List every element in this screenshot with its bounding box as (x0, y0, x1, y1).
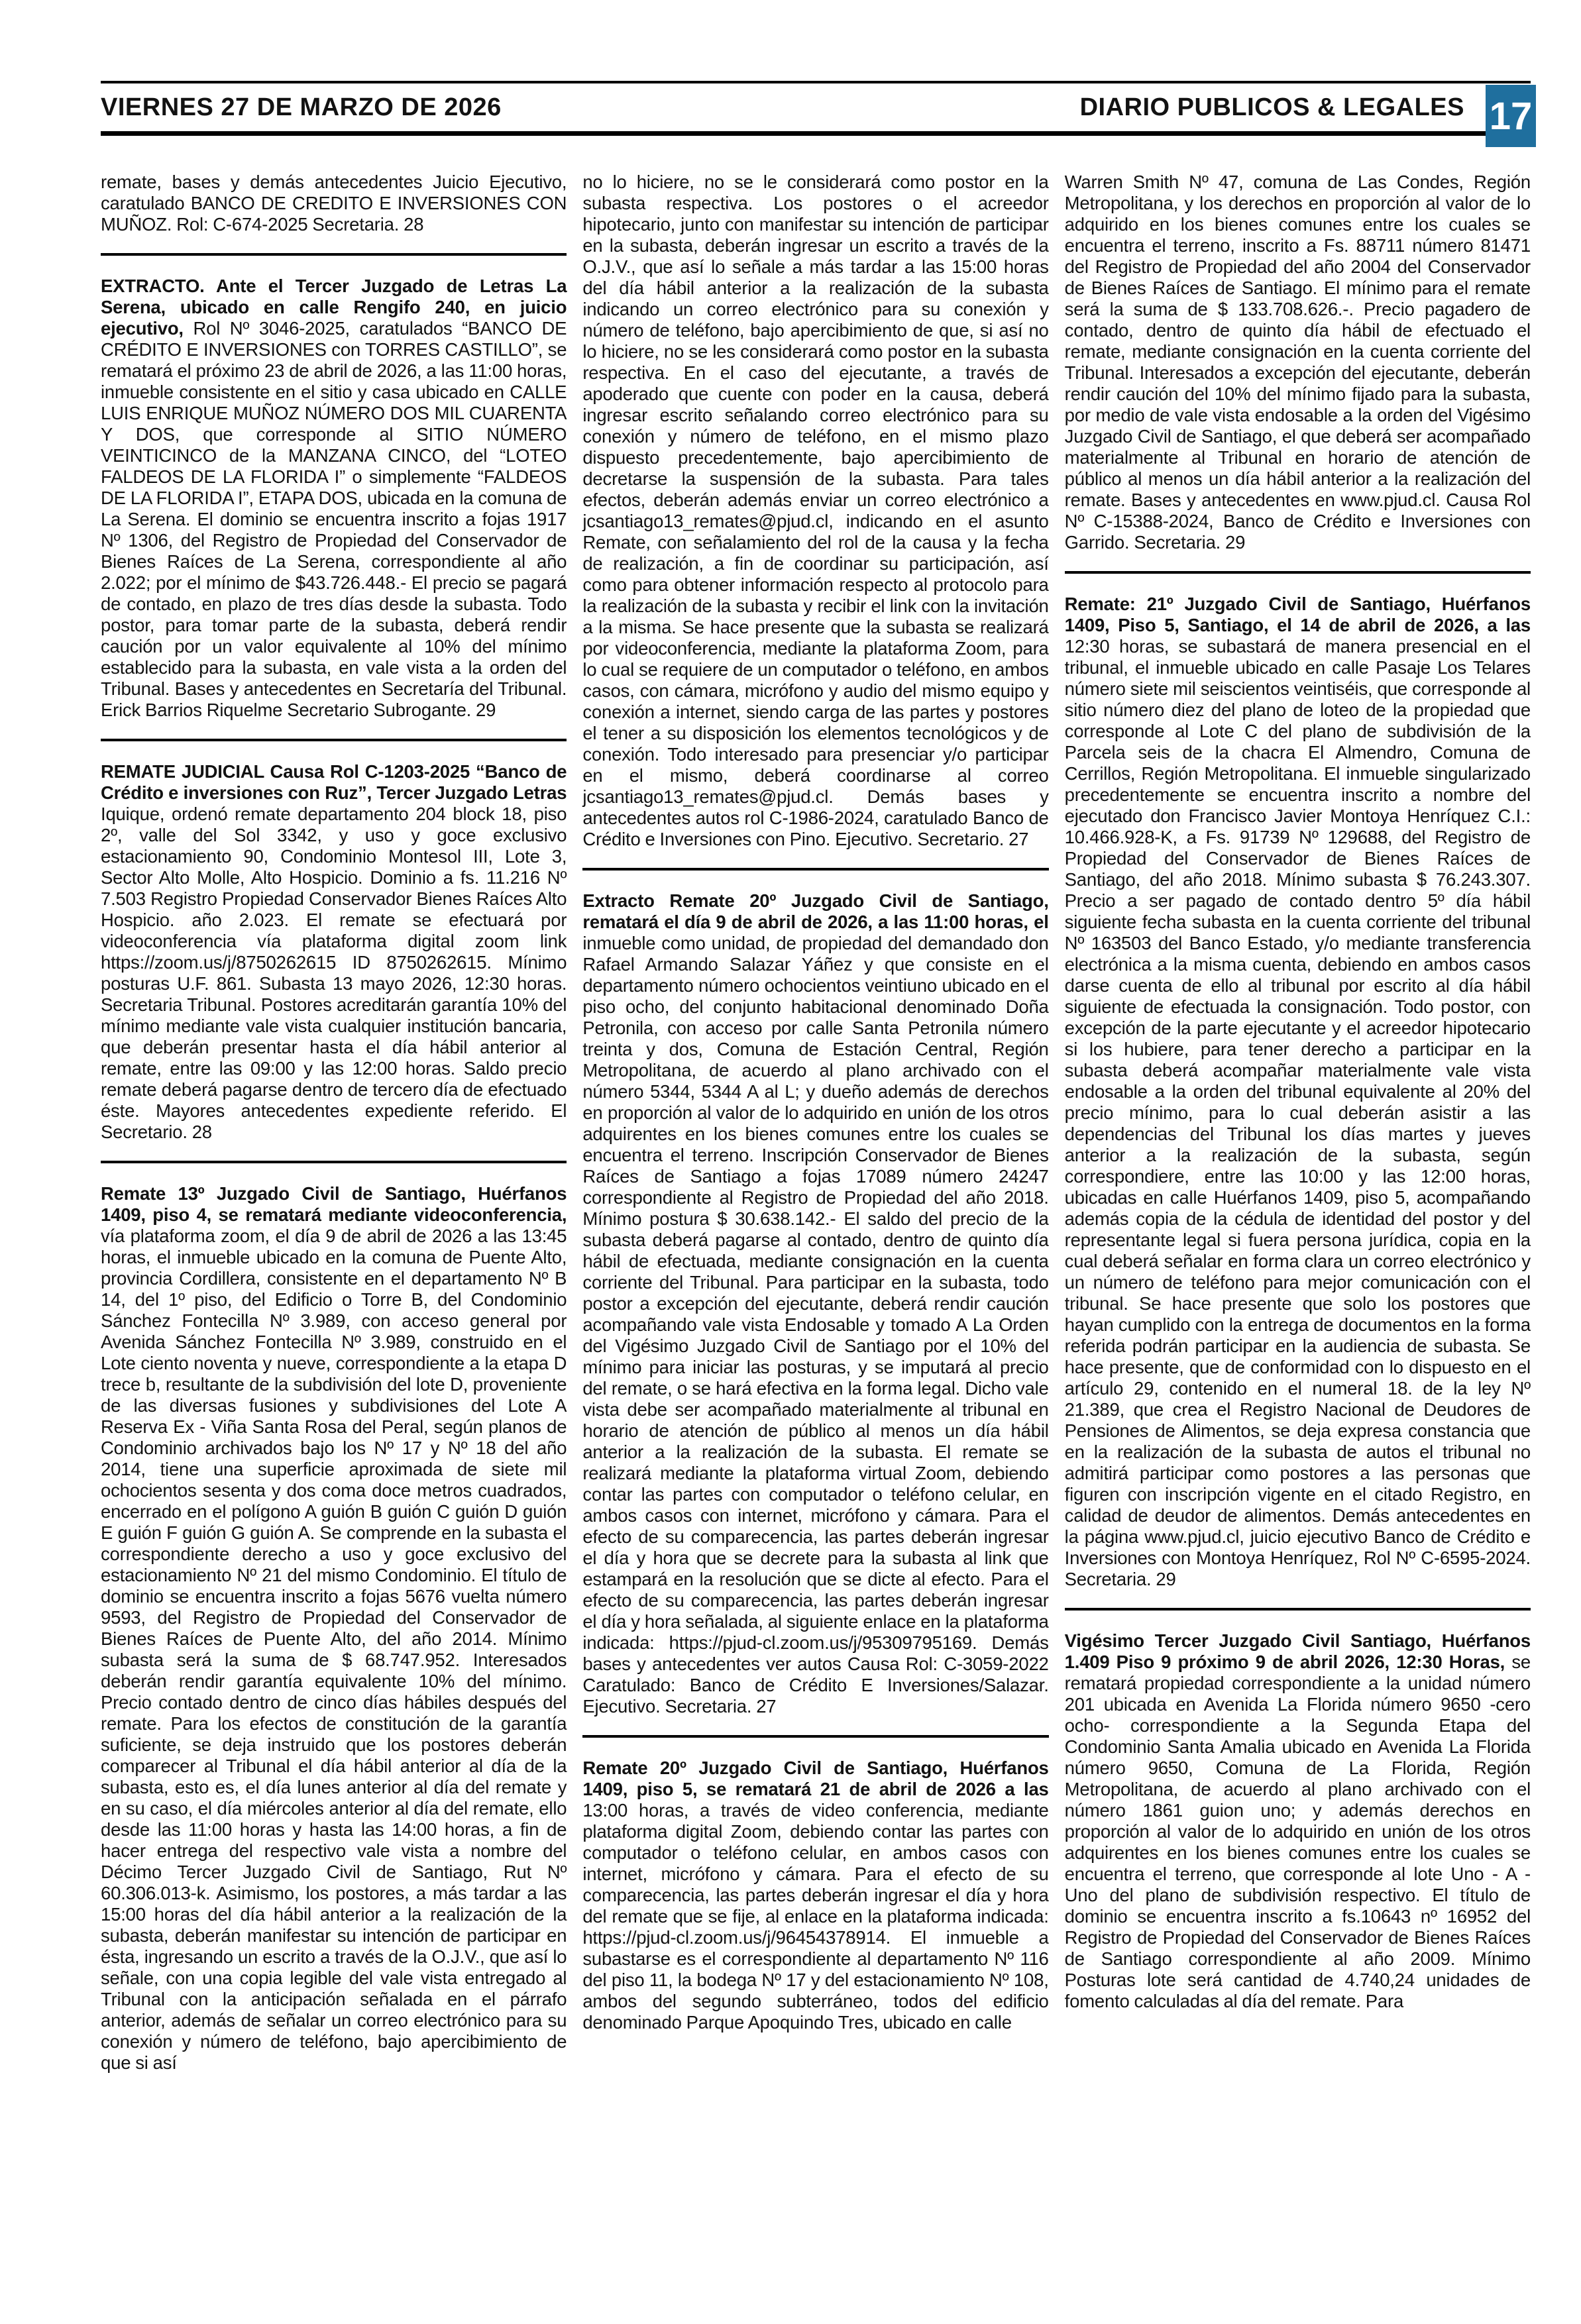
section-divider (101, 1161, 567, 1163)
news-column: remate, bases y demás antecedentes Juici… (101, 172, 567, 2074)
notice-lead: Vigésimo Tercer Juzgado Civil Santiago, … (1065, 1630, 1531, 1672)
notice-lead: EXTRACTO. Ante el Tercer Juzgado de Letr… (101, 276, 567, 339)
news-column: no lo hiciere, no se le considerará como… (582, 172, 1048, 2074)
legal-notice: Remate 20º Juzgado Civil de Santiago, Hu… (582, 1758, 1048, 2033)
page-number-badge: 17 (1486, 85, 1536, 147)
notice-lead: Remate 13º Juzgado Civil de Santiago, Hu… (101, 1183, 567, 1225)
section-divider (582, 1735, 1048, 1738)
legal-notice: Remate: 21º Juzgado Civil de Santiago, H… (1065, 594, 1531, 1590)
section-divider (582, 868, 1048, 871)
notice-lead: REMATE JUDICIAL Causa Rol C-1203-2025 “B… (101, 761, 567, 803)
legal-notice: Warren Smith Nº 47, comuna de Las Condes… (1065, 172, 1531, 553)
section-divider (1065, 1608, 1531, 1611)
notice-lead: Remate: 21º Juzgado Civil de Santiago, H… (1065, 594, 1531, 635)
legal-notice: EXTRACTO. Ante el Tercer Juzgado de Letr… (101, 276, 567, 721)
section-divider (101, 253, 567, 256)
publication-title: DIARIO PUBLICOS & LEGALES (1080, 93, 1464, 122)
legal-notice: REMATE JUDICIAL Causa Rol C-1203-2025 “B… (101, 761, 567, 1143)
header-date: VIERNES 27 DE MARZO DE 2026 (101, 93, 502, 122)
legal-notice: Extracto Remate 20º Juzgado Civil de San… (582, 890, 1048, 1717)
notice-lead: Remate 20º Juzgado Civil de Santiago, Hu… (582, 1758, 1048, 1799)
legal-notice: no lo hiciere, no se le considerará como… (582, 172, 1048, 850)
legal-notice: remate, bases y demás antecedentes Juici… (101, 172, 567, 235)
legal-notice: Remate 13º Juzgado Civil de Santiago, Hu… (101, 1183, 567, 2074)
section-divider (101, 739, 567, 741)
notice-lead: Extracto Remate 20º Juzgado Civil de San… (582, 890, 1048, 932)
newspaper-page: VIERNES 27 DE MARZO DE 2026 DIARIO PUBLI… (0, 0, 1581, 2324)
legal-notice: Vigésimo Tercer Juzgado Civil Santiago, … (1065, 1630, 1531, 2012)
page-header: VIERNES 27 DE MARZO DE 2026 DIARIO PUBLI… (101, 81, 1531, 136)
content-columns: remate, bases y demás antecedentes Juici… (101, 172, 1531, 2074)
section-divider (1065, 571, 1531, 574)
news-column: Warren Smith Nº 47, comuna de Las Condes… (1065, 172, 1531, 2074)
